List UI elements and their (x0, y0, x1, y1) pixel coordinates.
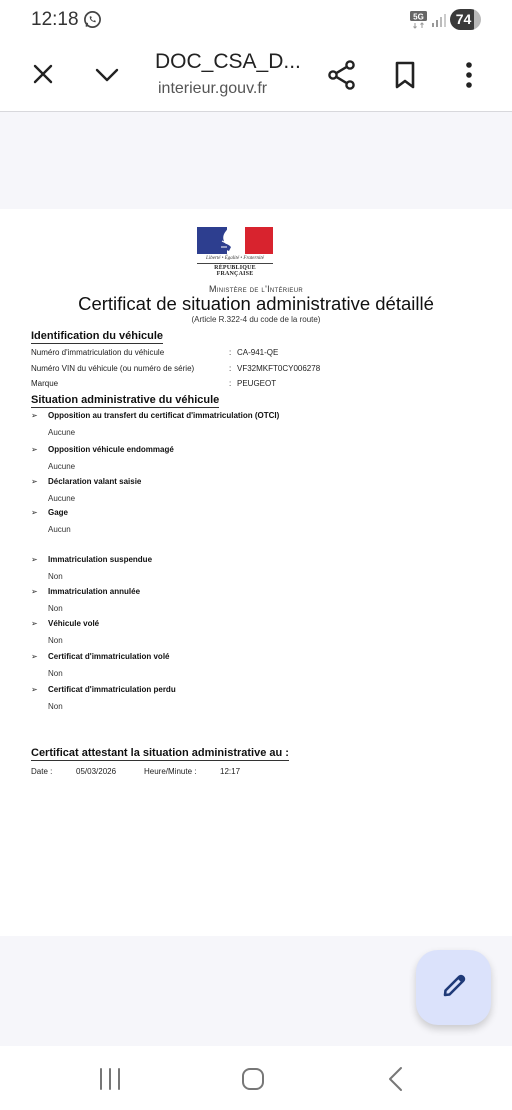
network-5g-icon: 5G (410, 11, 427, 29)
situation-item-value: Non (48, 572, 63, 581)
status-time: 12:18 (31, 9, 79, 31)
situation-item-title: Immatriculation suspendue (48, 555, 152, 564)
republic-name: RÉPUBLIQUE FRANÇAISE (197, 263, 273, 277)
situation-item-value: Aucune (48, 494, 75, 503)
time-value: 12:17 (220, 767, 240, 776)
situation-item-value: Non (48, 604, 63, 613)
situation-item-title: Déclaration valant saisie (48, 477, 141, 486)
attestation-heading: Certificat attestant la situation admini… (31, 747, 289, 761)
signal-icon (432, 13, 446, 27)
svg-text:5G: 5G (413, 12, 424, 21)
certificate-title: Certificat de situation administrative d… (0, 293, 512, 315)
status-bar: 12:18 5G 74 (0, 0, 512, 40)
situation-item-value: Non (48, 669, 63, 678)
bullet-arrow-icon: ➢ (31, 685, 38, 694)
situation-item-value: Non (48, 636, 63, 645)
bullet-arrow-icon: ➢ (31, 411, 38, 420)
situation-item-title: Gage (48, 508, 68, 517)
identification-heading: Identification du véhicule (31, 330, 163, 344)
id-value: VF32MKFT0CY006278 (237, 364, 320, 373)
situation-item-value: Aucun (48, 525, 71, 534)
marianne-profile-icon (219, 227, 249, 254)
id-label: Numéro d'immatriculation du véhicule (31, 348, 164, 357)
bullet-arrow-icon: ➢ (31, 508, 38, 517)
bullet-arrow-icon: ➢ (31, 619, 38, 628)
edit-button[interactable] (416, 950, 491, 1025)
app-bar: DOC_CSA_D... interieur.gouv.fr (0, 40, 512, 112)
certificate-subtitle: (Article R.322-4 du code de la route) (0, 315, 512, 324)
situation-item-title: Immatriculation annulée (48, 587, 140, 596)
id-separator: : (229, 364, 231, 373)
chevron-down-icon[interactable] (94, 62, 120, 88)
battery-indicator: 74 (450, 9, 481, 30)
id-label: Numéro VIN du véhicule (ou numéro de sér… (31, 364, 194, 373)
bullet-arrow-icon: ➢ (31, 555, 38, 564)
recents-icon[interactable] (98, 1068, 122, 1090)
system-nav-bar (0, 1046, 512, 1110)
whatsapp-icon (83, 10, 102, 29)
situation-item-title: Opposition véhicule endommagé (48, 445, 174, 454)
id-separator: : (229, 348, 231, 357)
situation-item-title: Certificat d'immatriculation perdu (48, 685, 176, 694)
situation-item-title: Certificat d'immatriculation volé (48, 652, 169, 661)
marianne-logo: Liberté • Égalité • Fraternité RÉPUBLIQU… (197, 227, 273, 275)
id-separator: : (229, 379, 231, 388)
bullet-arrow-icon: ➢ (31, 587, 38, 596)
date-label: Date : (31, 767, 52, 776)
edit-pencil-icon (440, 972, 468, 1000)
document-domain: interieur.gouv.fr (158, 80, 267, 98)
home-icon[interactable] (241, 1067, 265, 1091)
viewer-background-top (0, 112, 512, 209)
bullet-arrow-icon: ➢ (31, 652, 38, 661)
share-icon[interactable] (328, 60, 356, 90)
date-value: 05/03/2026 (76, 767, 116, 776)
more-vert-icon[interactable] (461, 60, 477, 90)
bookmark-icon[interactable] (394, 61, 416, 89)
situation-item-value: Aucune (48, 462, 75, 471)
situation-heading: Situation administrative du véhicule (31, 394, 219, 408)
close-icon[interactable] (31, 62, 55, 86)
id-label: Marque (31, 379, 58, 388)
situation-item-value: Aucune (48, 428, 75, 437)
back-icon[interactable] (386, 1066, 406, 1092)
situation-item-title: Opposition au transfert du certificat d'… (48, 411, 279, 420)
document-page[interactable]: Liberté • Égalité • Fraternité RÉPUBLIQU… (0, 209, 512, 936)
situation-item-title: Véhicule volé (48, 619, 99, 628)
time-label: Heure/Minute : (144, 767, 196, 776)
bullet-arrow-icon: ➢ (31, 445, 38, 454)
id-value: CA-941-QE (237, 348, 278, 357)
bullet-arrow-icon: ➢ (31, 477, 38, 486)
republic-motto: Liberté • Égalité • Fraternité (197, 256, 273, 261)
situation-item-value: Non (48, 702, 63, 711)
id-value: PEUGEOT (237, 379, 276, 388)
document-title: DOC_CSA_D... (155, 50, 301, 74)
